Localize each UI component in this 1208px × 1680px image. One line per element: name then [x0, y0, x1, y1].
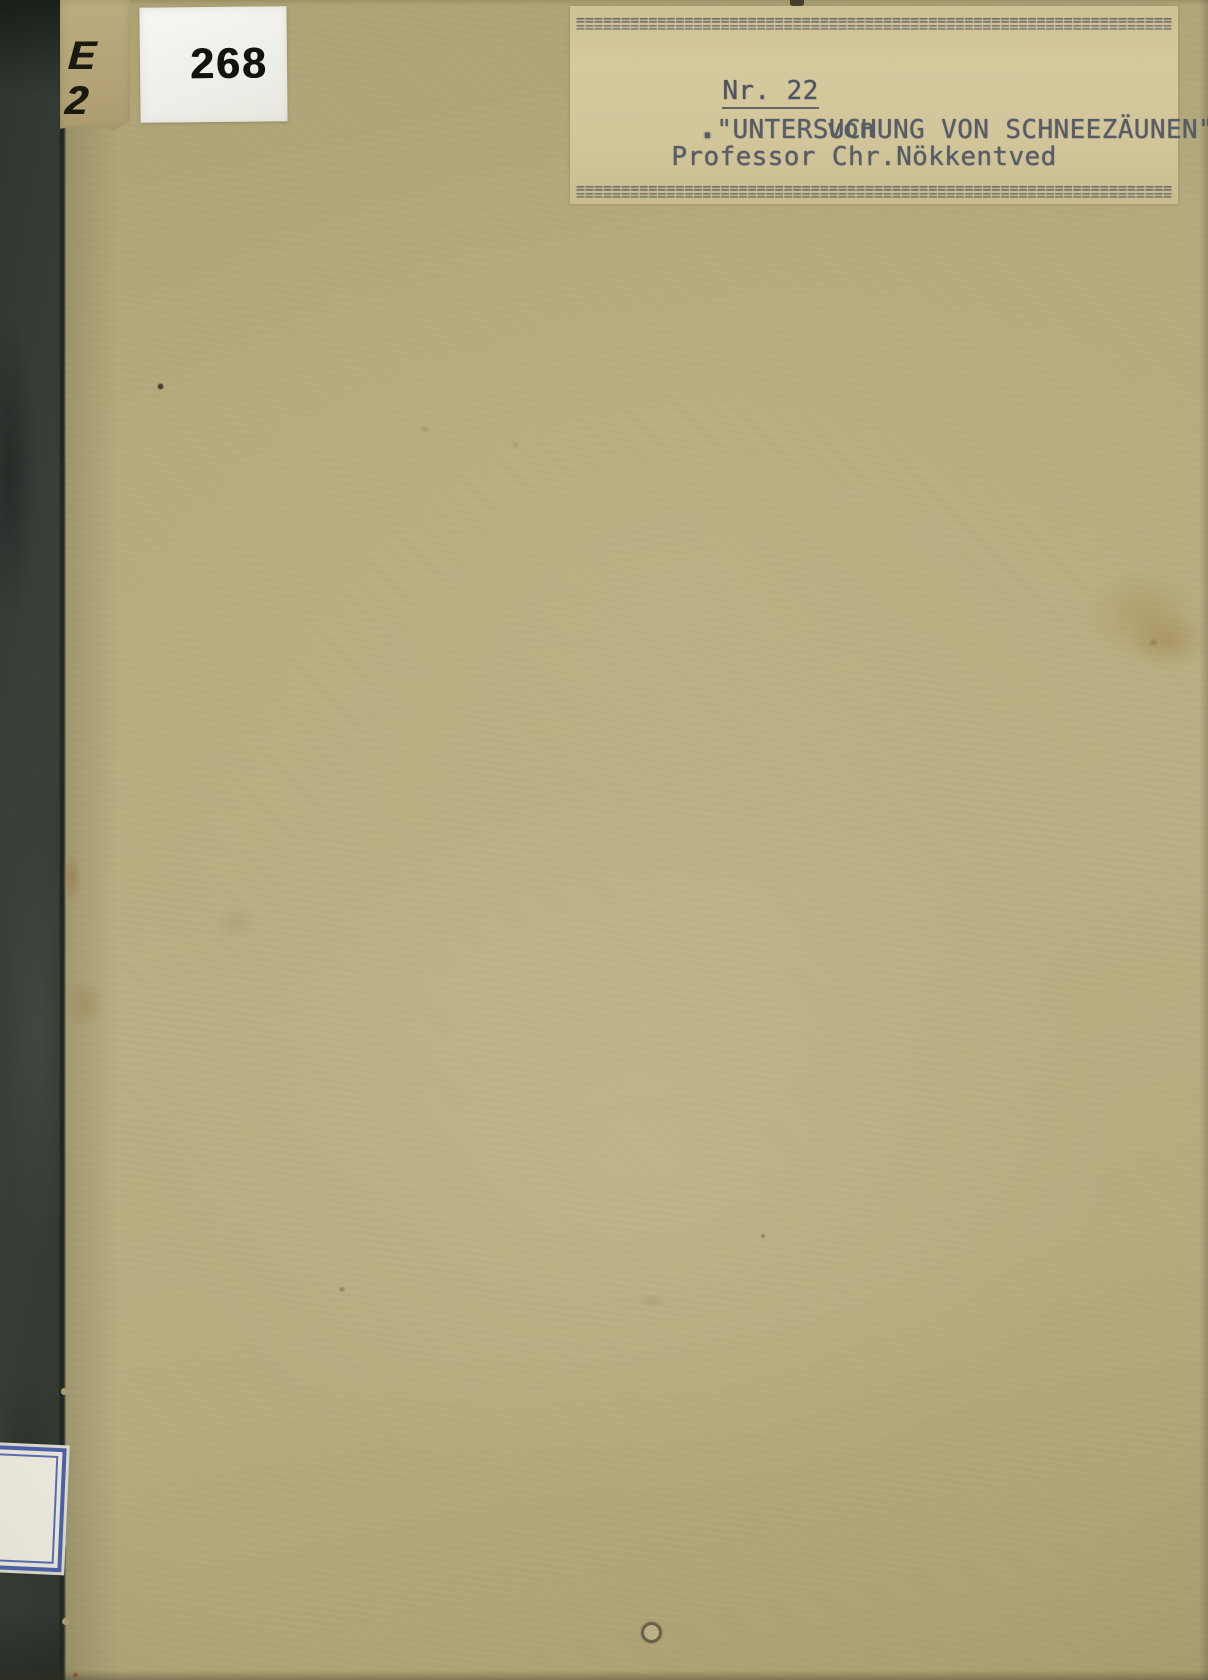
stain — [338, 1286, 346, 1293]
number-label-text: 268 — [190, 39, 268, 89]
edge-fray — [62, 1618, 69, 1625]
typed-divider-top: ========================================… — [576, 21, 1172, 33]
corner-label-inner-frame — [0, 1452, 58, 1564]
stain — [157, 383, 164, 390]
stain — [419, 425, 430, 434]
stain — [62, 852, 82, 904]
edge-fray — [61, 1388, 67, 1395]
scanned-book-cover: E 2 268 ================================… — [0, 0, 1208, 1680]
number-label: 268 — [139, 6, 287, 123]
stain — [638, 1294, 666, 1309]
vignette-overlay — [0, 0, 1208, 1680]
stain — [760, 1233, 766, 1239]
author-line: Professor Chr.Nökkentved — [570, 142, 1178, 172]
shelf-label: E 2 — [60, 0, 130, 130]
spine-top-wear — [0, 0, 62, 95]
corner-label — [0, 1444, 67, 1572]
stain — [1128, 612, 1208, 670]
byline: von — [570, 114, 1178, 144]
right-edge-shadow — [1199, 0, 1208, 1680]
binding-grommet — [641, 1622, 662, 1643]
stain — [1148, 638, 1159, 647]
stain — [511, 441, 520, 449]
shelf-label-text: E 2 — [64, 34, 133, 124]
binding-shadow — [66, 0, 118, 1680]
spine-edge — [59, 0, 66, 1680]
bottom-edge-shadow — [0, 1670, 1208, 1680]
top-edge-shadow — [62, 0, 1208, 5]
typed-divider-bottom: ========================================… — [576, 189, 1172, 201]
book-spine — [0, 0, 62, 1680]
title-label: ========================================… — [570, 6, 1178, 204]
stain — [64, 978, 106, 1030]
stain — [214, 906, 258, 938]
